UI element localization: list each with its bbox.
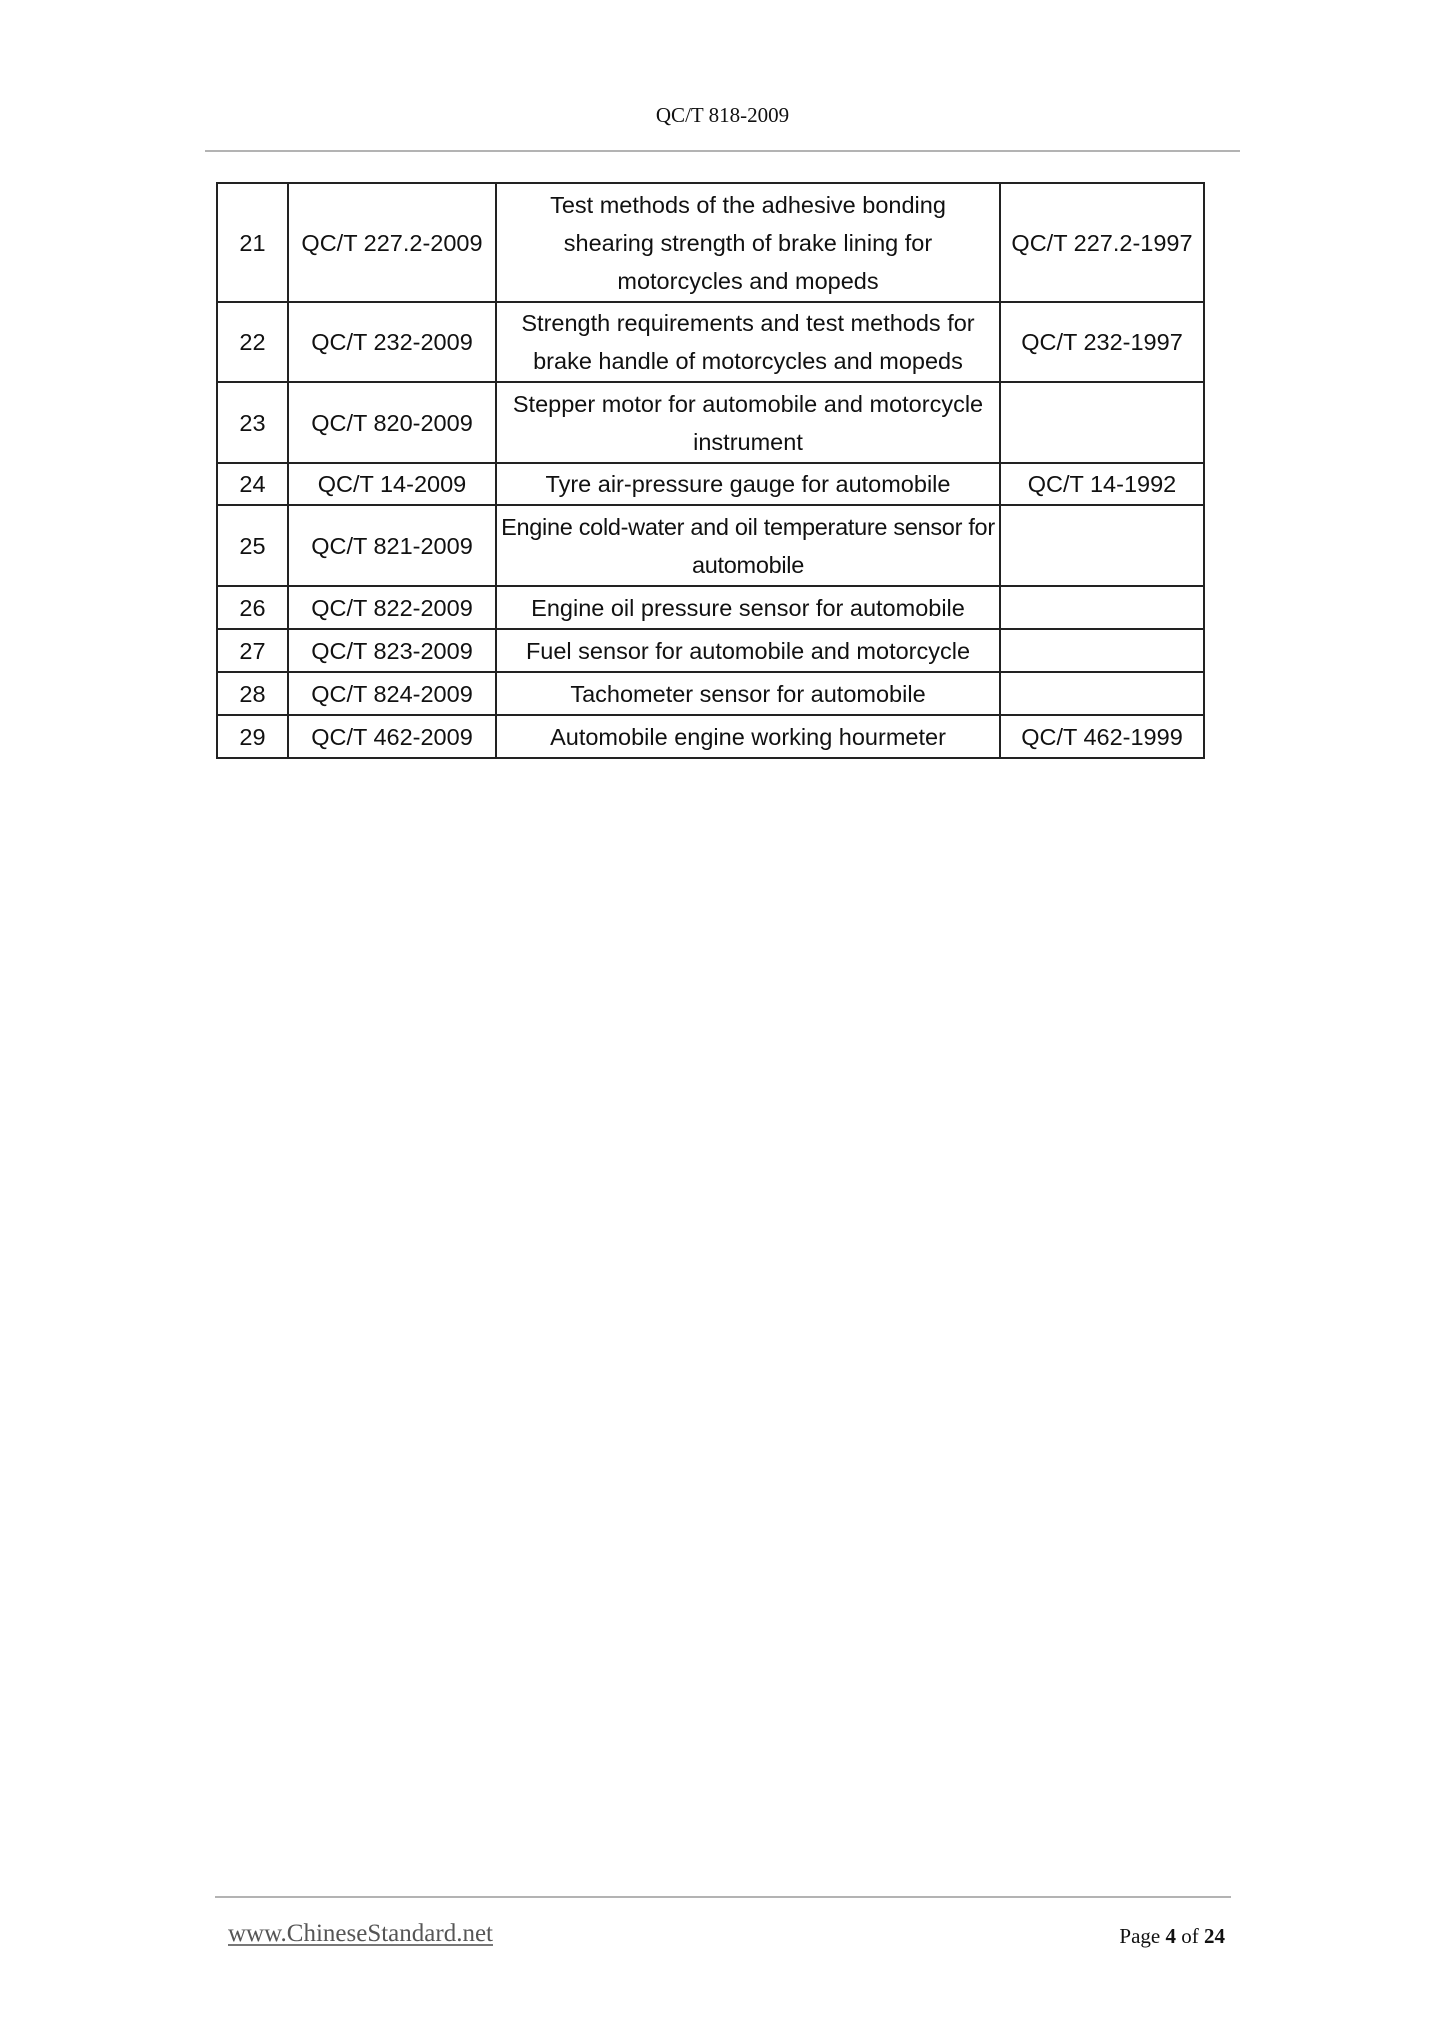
row-number: 23	[217, 382, 288, 463]
replaced-standard: QC/T 462-1999	[1000, 715, 1204, 758]
standard-code: QC/T 821-2009	[288, 505, 496, 586]
header-divider	[205, 150, 1240, 152]
document-code-header: QC/T 818-2009	[205, 101, 1240, 129]
standards-table: 21 QC/T 227.2-2009 Test methods of the a…	[216, 182, 1205, 759]
row-number: 29	[217, 715, 288, 758]
row-number: 24	[217, 463, 288, 505]
replaced-standard	[1000, 629, 1204, 672]
table-row: 23 QC/T 820-2009 Stepper motor for autom…	[217, 382, 1204, 463]
footer-divider	[215, 1896, 1231, 1898]
replaced-standard: QC/T 232-1997	[1000, 302, 1204, 382]
replaced-standard: QC/T 14-1992	[1000, 463, 1204, 505]
standard-title: Stepper motor for automobile and motorcy…	[496, 382, 1000, 463]
standard-title: Automobile engine working hourmeter	[496, 715, 1000, 758]
table-row: 25 QC/T 821-2009 Engine cold-water and o…	[217, 505, 1204, 586]
table-row: 21 QC/T 227.2-2009 Test methods of the a…	[217, 183, 1204, 302]
page-separator: of	[1181, 1924, 1199, 1948]
page-current: 4	[1166, 1924, 1177, 1948]
standard-code: QC/T 820-2009	[288, 382, 496, 463]
standard-title: Test methods of the adhesive bonding she…	[496, 183, 1000, 302]
table-row: 29 QC/T 462-2009 Automobile engine worki…	[217, 715, 1204, 758]
table-row: 26 QC/T 822-2009 Engine oil pressure sen…	[217, 586, 1204, 629]
standard-title: Engine oil pressure sensor for automobil…	[496, 586, 1000, 629]
page-prefix: Page	[1119, 1924, 1160, 1948]
website-link[interactable]: www.ChineseStandard.net	[228, 1920, 493, 1948]
standard-code: QC/T 822-2009	[288, 586, 496, 629]
page-total: 24	[1204, 1924, 1225, 1948]
standard-code: QC/T 14-2009	[288, 463, 496, 505]
replaced-standard	[1000, 382, 1204, 463]
table-row: 24 QC/T 14-2009 Tyre air-pressure gauge …	[217, 463, 1204, 505]
row-number: 26	[217, 586, 288, 629]
table-row: 27 QC/T 823-2009 Fuel sensor for automob…	[217, 629, 1204, 672]
standard-title: Strength requirements and test methods f…	[496, 302, 1000, 382]
table-row: 28 QC/T 824-2009 Tachometer sensor for a…	[217, 672, 1204, 715]
row-number: 28	[217, 672, 288, 715]
standard-title: Tachometer sensor for automobile	[496, 672, 1000, 715]
row-number: 27	[217, 629, 288, 672]
standard-code: QC/T 824-2009	[288, 672, 496, 715]
replaced-standard	[1000, 505, 1204, 586]
standard-title: Engine cold-water and oil temperature se…	[496, 505, 1000, 586]
row-number: 22	[217, 302, 288, 382]
standard-code: QC/T 227.2-2009	[288, 183, 496, 302]
standard-code: QC/T 232-2009	[288, 302, 496, 382]
row-number: 21	[217, 183, 288, 302]
standard-title: Fuel sensor for automobile and motorcycl…	[496, 629, 1000, 672]
table-row: 22 QC/T 232-2009 Strength requirements a…	[217, 302, 1204, 382]
standard-code: QC/T 462-2009	[288, 715, 496, 758]
standards-table-body: 21 QC/T 227.2-2009 Test methods of the a…	[217, 183, 1204, 758]
row-number: 25	[217, 505, 288, 586]
page-indicator: Page 4 of 24	[1119, 1923, 1225, 1949]
replaced-standard: QC/T 227.2-1997	[1000, 183, 1204, 302]
replaced-standard	[1000, 586, 1204, 629]
standard-title: Tyre air-pressure gauge for automobile	[496, 463, 1000, 505]
standard-code: QC/T 823-2009	[288, 629, 496, 672]
replaced-standard	[1000, 672, 1204, 715]
